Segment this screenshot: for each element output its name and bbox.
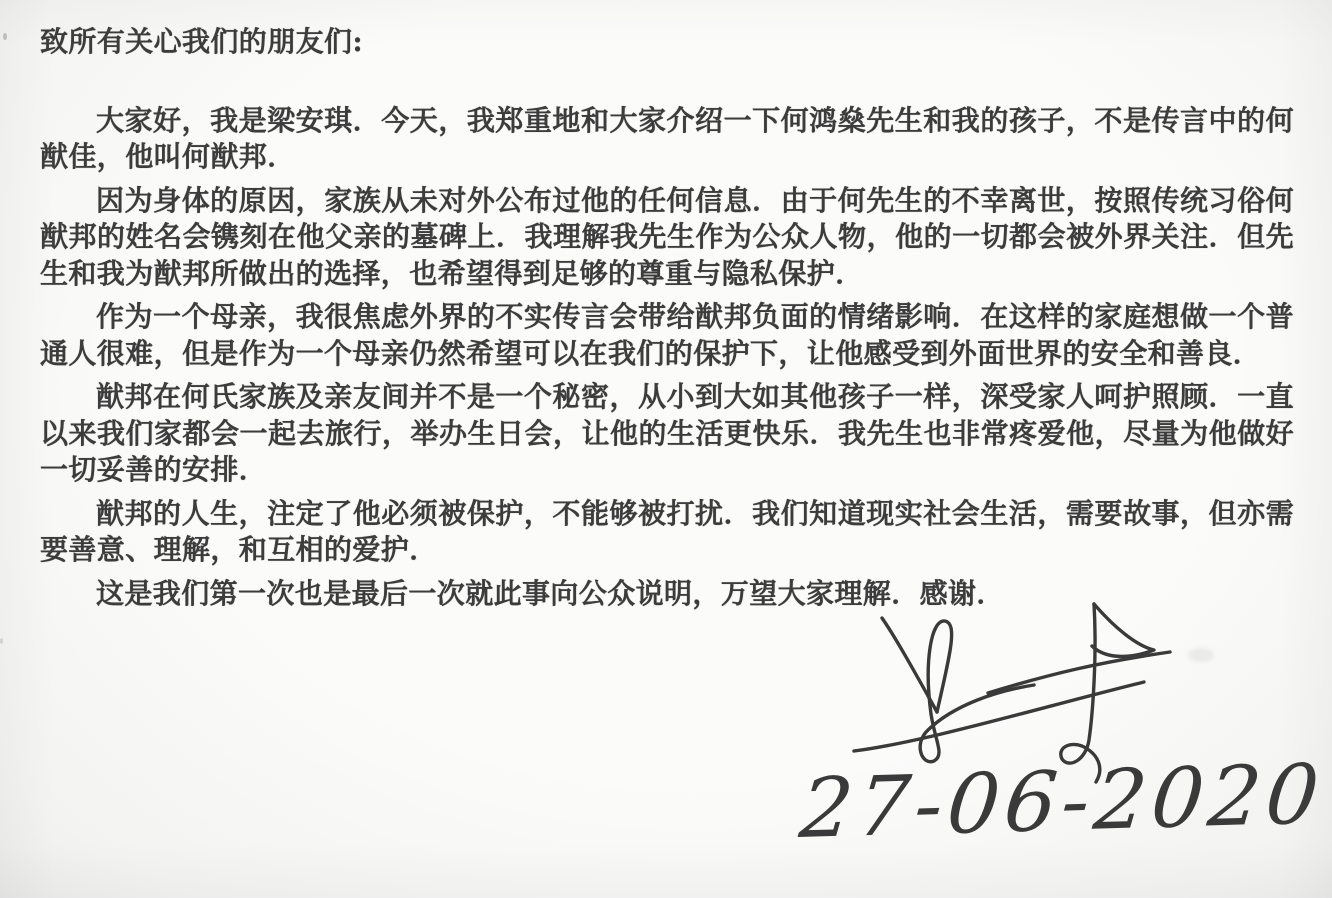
handwritten-date: 27-06-2020 [796, 747, 1325, 857]
scan-speck [0, 638, 3, 644]
scan-speck [3, 33, 7, 40]
scanned-letter: 致所有关心我们的朋友们: 大家好，我是梁安琪．今天，我郑重地和大家介绍一下何鸿燊… [0, 0, 1332, 898]
letter-paragraph: 大家好，我是梁安琪．今天，我郑重地和大家介绍一下何鸿燊先生和我的孩子，不是传言中… [40, 103, 1294, 176]
letter-paragraph: 猷邦的人生，注定了他必须被保护，不能够被打扰．我们知道现实社会生活，需要故事，但… [40, 496, 1294, 569]
letter-paragraph: 猷邦在何氏家族及亲友间并不是一个秘密，从小到大如其他孩子一样，深受家人呵护照顾．… [40, 379, 1294, 489]
letter-paragraph: 作为一个母亲，我很焦虑外界的不实传言会带给猷邦负面的情绪影响．在这样的家庭想做一… [40, 299, 1294, 372]
letter-salutation: 致所有关心我们的朋友们: [40, 24, 1294, 61]
scan-smudge [1188, 648, 1214, 662]
letter-paragraph: 因为身体的原因，家族从未对外公布过他的任何信息．由于何先生的不幸离世，按照传统习… [40, 183, 1294, 293]
letter-body: 致所有关心我们的朋友们: 大家好，我是梁安琪．今天，我郑重地和大家介绍一下何鸿燊… [40, 24, 1294, 619]
